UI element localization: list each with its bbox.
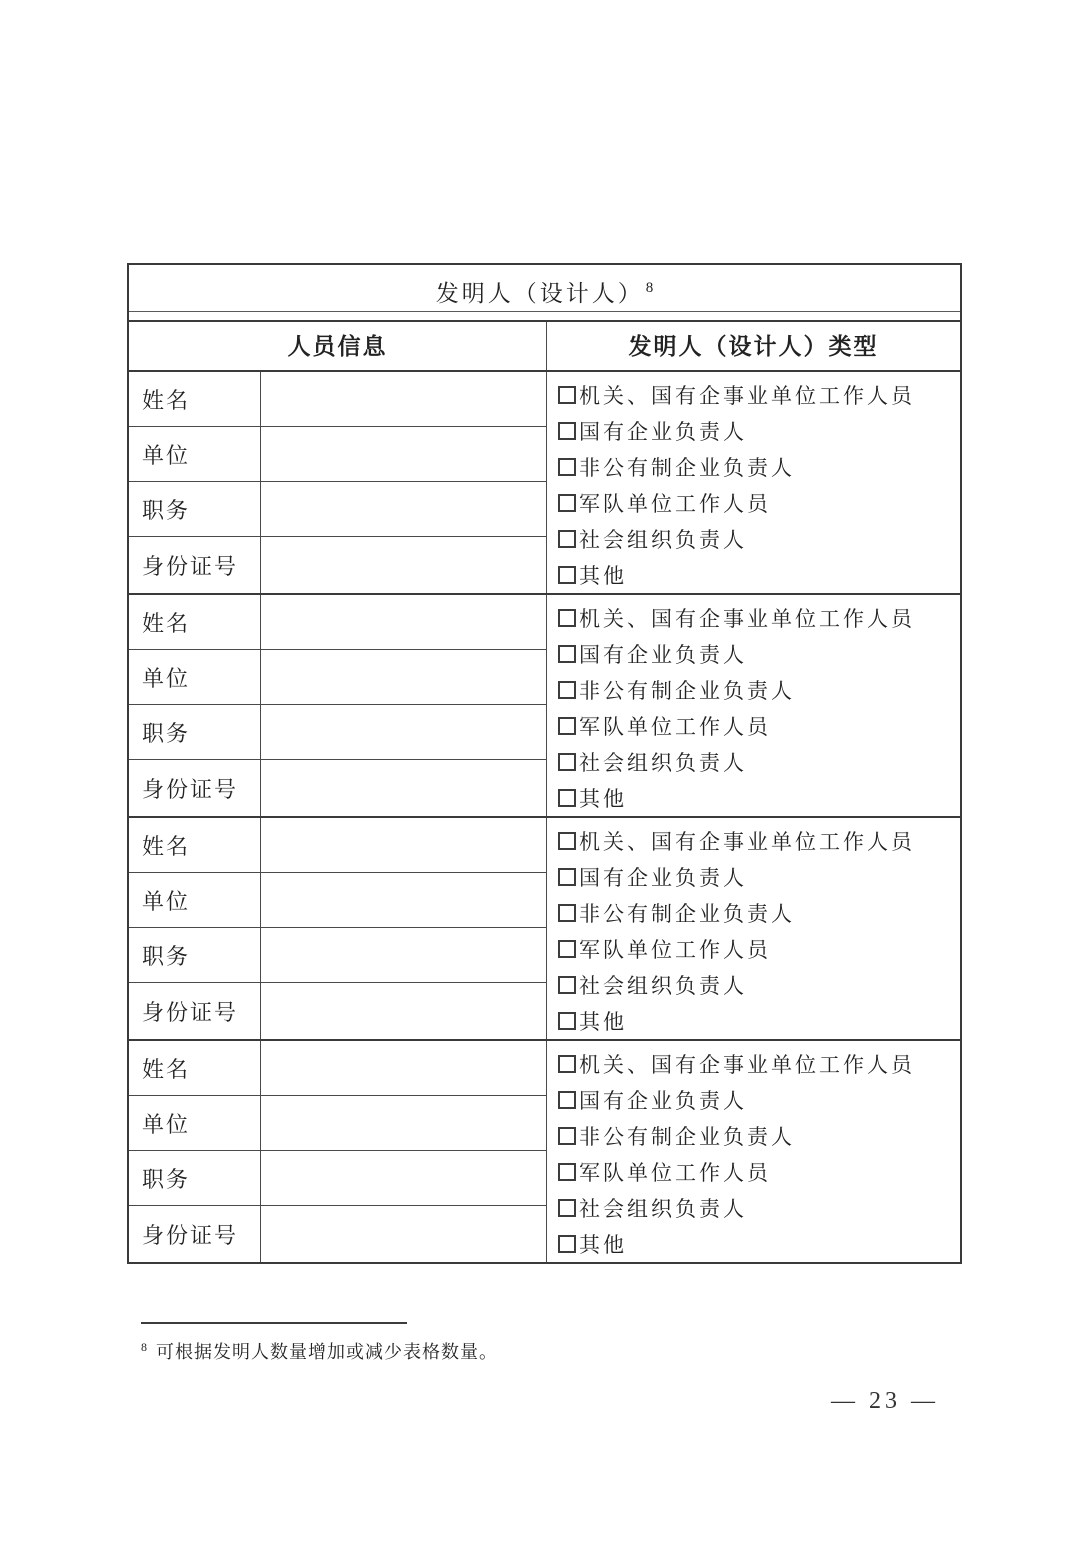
field-label-position: 职务 [129,1151,261,1206]
field-label-name: 姓名 [129,818,261,873]
type-option-label: 机关、国有企事业单位工作人员 [579,1049,915,1079]
type-option-label: 国有企业负责人 [579,416,747,446]
checkbox-icon[interactable] [558,1199,576,1217]
unit-input-cell[interactable] [261,1096,547,1151]
checkbox-icon[interactable] [558,1012,576,1030]
type-option-label: 军队单位工作人员 [579,488,771,518]
type-option-label: 其他 [579,1229,627,1259]
field-label-id-number: 身份证号 [129,983,261,1039]
type-option-social-org[interactable]: 社会组织负责人 [558,744,960,780]
field-label-id-number: 身份证号 [129,1206,261,1262]
type-option-label: 其他 [579,560,627,590]
table-header-row: 人员信息 发明人（设计人）类型 [129,320,960,372]
checkbox-icon[interactable] [558,753,576,771]
type-option-label: 社会组织负责人 [579,970,747,1000]
name-input-cell[interactable] [261,372,547,427]
field-label-unit: 单位 [129,1096,261,1151]
position-input-cell[interactable] [261,928,547,983]
checkbox-icon[interactable] [558,976,576,994]
position-input-cell[interactable] [261,1151,547,1206]
type-option-gov-employee[interactable]: 机关、国有企事业单位工作人员 [558,377,960,413]
id-number-input-cell[interactable] [261,983,547,1039]
checkbox-icon[interactable] [558,494,576,512]
checkbox-icon[interactable] [558,1091,576,1109]
field-label-name: 姓名 [129,372,261,427]
type-option-private-head[interactable]: 非公有制企业负责人 [558,895,960,931]
type-option-military[interactable]: 军队单位工作人员 [558,1154,960,1190]
footnote-marker: 8 [141,1340,148,1354]
checkbox-icon[interactable] [558,1127,576,1145]
inventor-block: 姓名 单位 职务 身份证号 机关、国有企事业单位工作人员 国有企业负责人 非公有… [129,1039,960,1262]
id-number-input-cell[interactable] [261,760,547,816]
title-footnote-marker: 8 [646,280,654,296]
unit-input-cell[interactable] [261,873,547,928]
type-options-cell: 机关、国有企事业单位工作人员 国有企业负责人 非公有制企业负责人 军队单位工作人… [547,372,960,593]
header-personnel-info: 人员信息 [129,322,547,370]
checkbox-icon[interactable] [558,832,576,850]
checkbox-icon[interactable] [558,645,576,663]
name-input-cell[interactable] [261,1041,547,1096]
checkbox-icon[interactable] [558,609,576,627]
table-title: 发明人（设计人）8 [129,265,960,312]
field-label-id-number: 身份证号 [129,537,261,593]
type-option-soe-head[interactable]: 国有企业负责人 [558,636,960,672]
checkbox-icon[interactable] [558,940,576,958]
type-option-label: 其他 [579,783,627,813]
field-label-id-number: 身份证号 [129,760,261,816]
id-number-input-cell[interactable] [261,1206,547,1262]
type-option-gov-employee[interactable]: 机关、国有企事业单位工作人员 [558,600,960,636]
type-option-other[interactable]: 其他 [558,780,960,816]
type-option-label: 社会组织负责人 [579,747,747,777]
checkbox-icon[interactable] [558,868,576,886]
type-option-soe-head[interactable]: 国有企业负责人 [558,413,960,449]
type-option-label: 非公有制企业负责人 [579,1121,795,1151]
type-option-military[interactable]: 军队单位工作人员 [558,931,960,967]
type-option-label: 机关、国有企事业单位工作人员 [579,603,915,633]
document-page: 发明人（设计人）8 人员信息 发明人（设计人）类型 姓名 单位 职务 身份证号 … [0,0,1080,1564]
type-options-cell: 机关、国有企事业单位工作人员 国有企业负责人 非公有制企业负责人 军队单位工作人… [547,818,960,1039]
inventor-table: 发明人（设计人）8 人员信息 发明人（设计人）类型 姓名 单位 职务 身份证号 … [127,263,962,1264]
position-input-cell[interactable] [261,705,547,760]
type-option-other[interactable]: 其他 [558,1226,960,1262]
field-label-position: 职务 [129,928,261,983]
field-label-position: 职务 [129,482,261,537]
checkbox-icon[interactable] [558,1163,576,1181]
type-options-cell: 机关、国有企事业单位工作人员 国有企业负责人 非公有制企业负责人 军队单位工作人… [547,595,960,816]
type-option-label: 军队单位工作人员 [579,934,771,964]
title-header-gap [129,312,960,320]
checkbox-icon[interactable] [558,717,576,735]
type-option-other[interactable]: 其他 [558,557,960,593]
type-option-label: 机关、国有企事业单位工作人员 [579,826,915,856]
type-option-label: 国有企业负责人 [579,1085,747,1115]
checkbox-icon[interactable] [558,904,576,922]
checkbox-icon[interactable] [558,458,576,476]
inventor-block: 姓名 单位 职务 身份证号 机关、国有企事业单位工作人员 国有企业负责人 非公有… [129,372,960,593]
type-option-private-head[interactable]: 非公有制企业负责人 [558,672,960,708]
type-option-label: 社会组织负责人 [579,524,747,554]
type-option-social-org[interactable]: 社会组织负责人 [558,967,960,1003]
field-label-position: 职务 [129,705,261,760]
type-option-label: 国有企业负责人 [579,639,747,669]
field-label-name: 姓名 [129,1041,261,1096]
footnote: 8可根据发明人数量增加或减少表格数量。 [141,1338,498,1364]
type-option-soe-head[interactable]: 国有企业负责人 [558,859,960,895]
type-option-label: 社会组织负责人 [579,1193,747,1223]
table-blocks: 姓名 单位 职务 身份证号 机关、国有企事业单位工作人员 国有企业负责人 非公有… [129,372,960,1262]
field-label-name: 姓名 [129,595,261,650]
checkbox-icon[interactable] [558,422,576,440]
id-number-input-cell[interactable] [261,537,547,593]
footnote-text: 可根据发明人数量增加或减少表格数量。 [156,1342,498,1362]
type-option-label: 军队单位工作人员 [579,711,771,741]
type-option-other[interactable]: 其他 [558,1003,960,1039]
unit-input-cell[interactable] [261,650,547,705]
checkbox-icon[interactable] [558,789,576,807]
type-option-military[interactable]: 军队单位工作人员 [558,485,960,521]
type-option-military[interactable]: 军队单位工作人员 [558,708,960,744]
name-input-cell[interactable] [261,595,547,650]
inventor-block: 姓名 单位 职务 身份证号 机关、国有企事业单位工作人员 国有企业负责人 非公有… [129,816,960,1039]
type-option-private-head[interactable]: 非公有制企业负责人 [558,1118,960,1154]
type-option-private-head[interactable]: 非公有制企业负责人 [558,449,960,485]
type-option-gov-employee[interactable]: 机关、国有企事业单位工作人员 [558,1046,960,1082]
type-option-social-org[interactable]: 社会组织负责人 [558,1190,960,1226]
table-title-text: 发明人（设计人） [436,281,644,306]
type-option-soe-head[interactable]: 国有企业负责人 [558,1082,960,1118]
type-option-label: 非公有制企业负责人 [579,898,795,928]
checkbox-icon[interactable] [558,1055,576,1073]
checkbox-icon[interactable] [558,566,576,584]
field-label-unit: 单位 [129,650,261,705]
page-number: — 23 — [815,1388,955,1415]
checkbox-icon[interactable] [558,530,576,548]
type-option-label: 机关、国有企事业单位工作人员 [579,380,915,410]
footnote-divider [141,1322,407,1324]
header-inventor-type: 发明人（设计人）类型 [547,322,960,370]
checkbox-icon[interactable] [558,681,576,699]
inventor-block: 姓名 单位 职务 身份证号 机关、国有企事业单位工作人员 国有企业负责人 非公有… [129,593,960,816]
position-input-cell[interactable] [261,482,547,537]
name-input-cell[interactable] [261,818,547,873]
field-label-unit: 单位 [129,427,261,482]
type-option-label: 其他 [579,1006,627,1036]
checkbox-icon[interactable] [558,1235,576,1253]
unit-input-cell[interactable] [261,427,547,482]
type-option-label: 非公有制企业负责人 [579,675,795,705]
field-label-unit: 单位 [129,873,261,928]
checkbox-icon[interactable] [558,386,576,404]
type-option-label: 军队单位工作人员 [579,1157,771,1187]
type-option-label: 国有企业负责人 [579,862,747,892]
type-option-gov-employee[interactable]: 机关、国有企事业单位工作人员 [558,823,960,859]
type-options-cell: 机关、国有企事业单位工作人员 国有企业负责人 非公有制企业负责人 军队单位工作人… [547,1041,960,1262]
type-option-label: 非公有制企业负责人 [579,452,795,482]
type-option-social-org[interactable]: 社会组织负责人 [558,521,960,557]
